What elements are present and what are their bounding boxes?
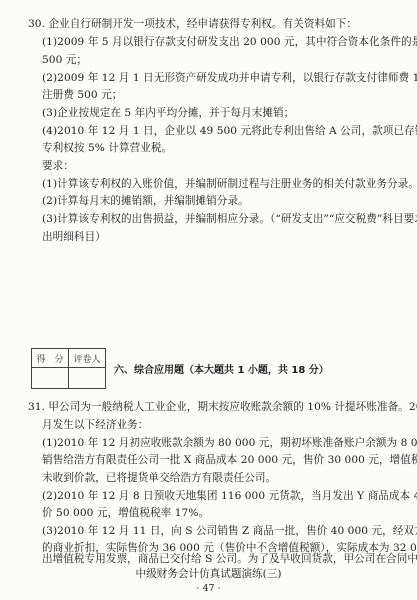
question-31-line-5: 未收到价款，已将提货单交给浩方有限责任公司。 [42,471,276,485]
question-30-fact-1: (1)2009 年 5 月以银行存款支付研发支出 20 000 元，其中符合资本… [42,35,417,49]
question-30-requirement-1: (1)计算该专利权的入账价值，并编制研制过程与注册业务的相关付款业务分录。 [42,177,417,191]
question-31-line-8: (3)2010 年 12 月 11 日，向 S 公司销售 Z 商品一批，售价 4… [42,524,417,538]
question-31-line-4: 销售给浩方有限责任公司一批 X 商品成本 20 000 元，售价 30 000 … [42,453,417,467]
question-30-requirement-2: (2)计算每月末的摊销额，并编制摊销分录。 [42,194,249,208]
question-30-fact-2-cont: 注册费 500 元； [42,88,122,102]
question-30-fact-1-cont: 500 元； [42,53,87,67]
question-31-line-3: (1)2010 年 12 月初应收账款余额为 80 000 元，期初坏账准备账户… [42,436,417,450]
footer-page-number: · 47 · [0,583,417,594]
exam-page: 30. 企业自行研制开发一项技术，经申请获得专利权。有关资料如下： (1)200… [0,0,417,600]
grader-value-field [69,368,105,388]
score-header: 得 分 [32,349,69,368]
score-value-field [32,368,69,388]
question-31-line-7: 价 50 000 元，增值税税率 17%。 [42,506,209,520]
section-title: 六、综合应用题（本大题共 1 小题，共 18 分） [114,361,329,376]
question-30-requirements-label: 要求： [42,159,74,173]
question-30-fact-2: (2)2009 年 12 月 1 日无形资产研发成功并申请专利，以银行存款支付律… [42,71,417,85]
score-box: 得 分 评卷人 [31,348,106,389]
question-30-fact-4: (4)2010 年 12 月 1 日，企业以 49 500 元将此专利出售给 A… [42,124,417,138]
question-31-line-6: (2)2010 年 12 月 8 日预收天地集团 116 000 元货款，当月发… [42,489,417,503]
question-31-line-10: 出增值税专用发票，商品已交付给 S 公司。为了及早收回货款，甲公司在合同中规定的 [42,552,417,566]
footer-book-title: 中级财务会计仿真试题演练(三) [0,566,417,581]
question-31-line-2: 月发生以下经济业务： [42,418,148,432]
question-30-fact-4-cont: 专利权按 5% 计算营业税。 [42,141,172,155]
question-30-requirement-3: (3)计算该专利权的出售损益，并编制相应分录。（“研发支出”“应交税费”科目要求… [42,212,417,226]
grader-header: 评卷人 [69,349,105,368]
question-30-fact-3: (3)企业按规定在 5 年内平均分摊，并于每月末摊销； [42,106,294,120]
question-30-stem: 30. 企业自行研制开发一项技术，经申请获得专利权。有关资料如下： [28,17,357,31]
question-31-line-1: 31. 甲公司为一般纳税人工业企业，期末按应收账款余额的 10% 计提坏账准备。… [28,400,417,414]
question-30-requirement-3-cont: 出明细科目） [42,230,106,244]
